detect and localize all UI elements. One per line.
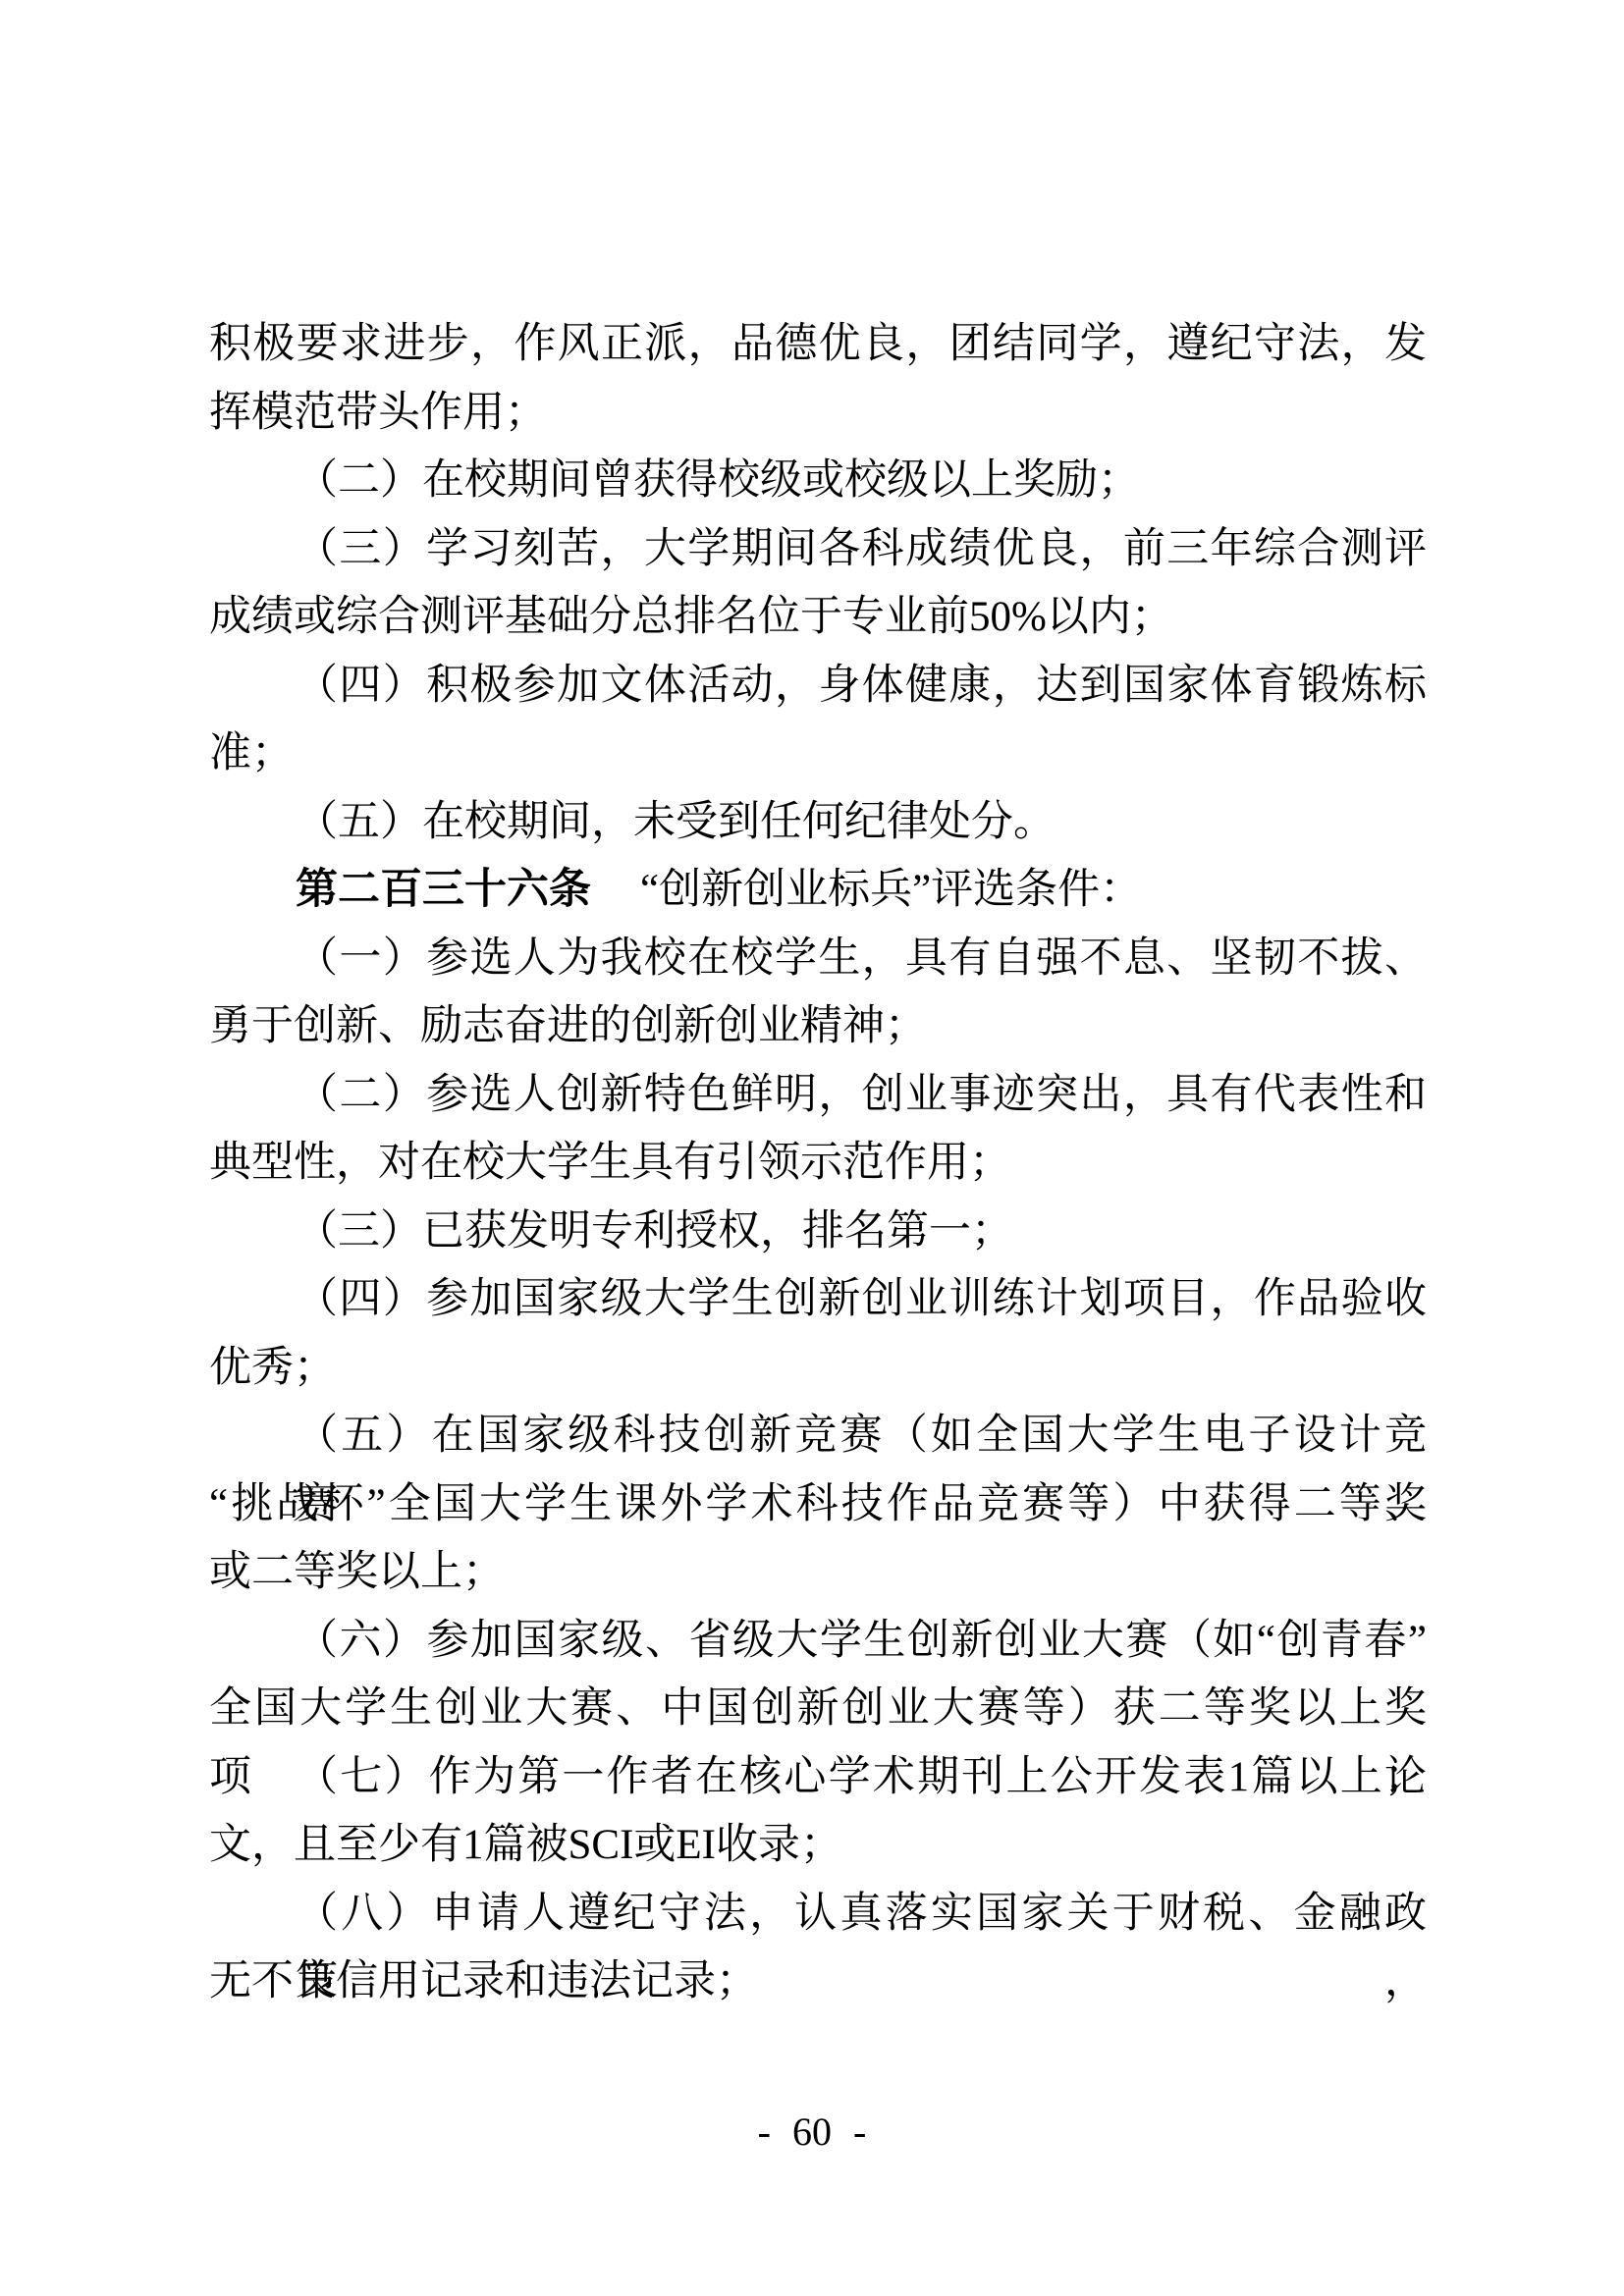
text-line: 挥模范带头作用；	[209, 379, 1427, 448]
page-number: - 60 -	[758, 2109, 867, 2154]
article-title: “创新创业标兵”评选条件：	[640, 867, 1142, 913]
text-line: （三）学习刻苦，大学期间各科成绩优良，前三年综合测评	[209, 515, 1427, 584]
text-line: （二）在校期间曾获得校级或校级以上奖励；	[209, 447, 1427, 515]
text-line: 勇于创新、励志奋进的创新创业精神；	[209, 992, 1427, 1061]
text-line: （一）参选人为我校在校学生，具有自强不息、坚韧不拔、	[209, 925, 1427, 993]
text-line: 文，且至少有1篇被SCI或EI收录；	[209, 1811, 1427, 1880]
text-line: 准；	[209, 720, 1427, 788]
text-line: （七）作为第一作者在核心学术期刊上公开发表1篇以上论	[209, 1743, 1427, 1812]
text-line: （四）积极参加文体活动，身体健康，达到国家体育锻炼标	[209, 652, 1427, 721]
text-line: （三）已获发明专利授权，排名第一；	[209, 1198, 1427, 1266]
text-line: 积极要求进步，作风正派，品德优良，团结同学，遵纪守法，发	[209, 310, 1427, 379]
text-line: “挑战杯”全国大学生课外学术科技作品竞赛等）中获得二等奖	[209, 1470, 1427, 1539]
text-line: （二）参选人创新特色鲜明，创业事迹突出，具有代表性和	[209, 1061, 1427, 1130]
text-line: （五）在校期间，未受到任何纪律处分。	[209, 788, 1427, 857]
text-line: （四）参加国家级大学生创新创业训练计划项目，作品验收	[209, 1265, 1427, 1334]
text-line: 全国大学生创业大赛、中国创新创业大赛等）获二等奖以上奖项；	[209, 1675, 1427, 1743]
text-line: （五）在国家级科技创新竞赛（如全国大学生电子设计竞赛、	[209, 1402, 1427, 1470]
text-line: 或二等奖以上；	[209, 1538, 1427, 1607]
page-footer: - 60 -	[0, 2110, 1624, 2154]
text-line: 第二百三十六条“创新创业标兵”评选条件：	[209, 856, 1427, 925]
text-line: 典型性，对在校大学生具有引领示范作用；	[209, 1129, 1427, 1198]
text-line: （六）参加国家级、省级大学生创新创业大赛（如“创青春”	[209, 1607, 1427, 1676]
article-number: 第二百三十六条	[296, 867, 591, 913]
document-page: 积极要求进步，作风正派，品德优良，团结同学，遵纪守法，发挥模范带头作用；（二）在…	[0, 0, 1624, 2296]
text-line: 成绩或综合测评基础分总排名位于专业前50%以内；	[209, 583, 1427, 652]
document-body: 积极要求进步，作风正派，品德优良，团结同学，遵纪守法，发挥模范带头作用；（二）在…	[209, 310, 1427, 2016]
text-line: （八）申请人遵纪守法，认真落实国家关于财税、金融政策，	[209, 1880, 1427, 1949]
text-line: 优秀；	[209, 1334, 1427, 1403]
